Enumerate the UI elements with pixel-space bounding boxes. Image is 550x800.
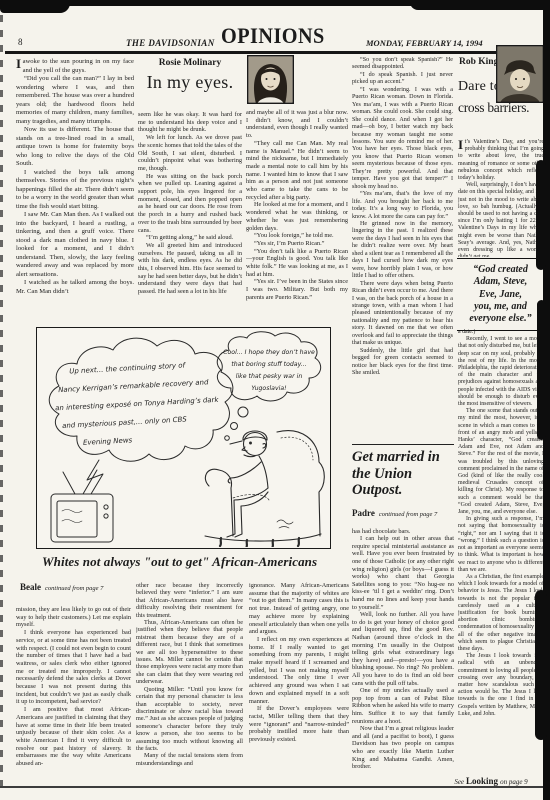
barriers-column-bottom: a date.)Recently, I went to see a movie … [458,329,544,769]
scan-blob [537,300,546,440]
continued-note: continued from page 7 [45,585,103,592]
pull-quote: “God createdAdam, Steve,Eve, Jane,you, m… [457,258,544,331]
paragraph: Thus, African-Americans can often be jus… [136,619,243,686]
paragraph: He grinned now in the memory, lingering … [352,221,453,281]
paragraph: He was sitting on the back porch when we… [138,173,242,235]
paragraph: mission, they are less likely to go out … [16,606,131,629]
beale-column-1: mission, they are less likely to go out … [16,606,131,793]
issue-date: MONDAY, FEBRUARY 14, 1994 [366,38,483,48]
union-column: has had chocolate bars.I can help out in… [352,528,454,778]
eyes-byline: Rosie Molinary [136,58,244,68]
paragraph: If the Dover’s employees were racist, Mi… [249,705,349,744]
paragraph: “I was wondering. I was with a Puerto Ri… [352,87,453,191]
newspaper-name: THE DAVIDSONIAN [126,38,215,48]
scan-edge-left [0,0,3,786]
eyes-headline: In my eyes. [136,72,244,93]
thought-dot [225,436,230,441]
paragraph: a date.) [458,329,544,336]
paragraph: I am positive that most African-American… [16,706,131,768]
caption-line: Evening News [83,436,133,447]
barriers-headline-line1: Dare to [458,79,501,95]
eyes-article-header: Rosie Molinary In my eyes. [136,58,244,93]
union-top-rule [352,444,454,445]
paragraph: “They call me Can Man. My real name is M… [246,140,348,202]
paragraph: has had chocolate bars. [352,528,454,536]
paragraph: ignorance. Many African-Americans assume… [249,582,349,636]
thought-dot [231,423,238,430]
caption-line: an interesting exposé on Tonya Harding’s… [55,396,220,413]
tv-icon [51,470,113,542]
caption-line: Nancy Kerrigan’s remarkable recovery and [58,378,209,394]
paragraph: other race because they incorrectly beli… [136,582,243,619]
beale-headline: Whites not always "out to get" African-A… [42,554,317,570]
paragraph: “Yes sir. I’ve been in the States since … [246,278,348,301]
paragraph: “So you don’t speak Spanish?” He seemed … [352,57,453,72]
caption-line: and mysterious past,... only on CBS [62,415,188,430]
paragraph: and maybe all of it was just a blur now.… [246,109,348,140]
see-article-name: Looking [466,776,498,786]
barriers-byline: Rob King [459,57,498,67]
paragraph: I can help out in other areas that requi… [352,535,454,611]
caption-line: Yugoslavia! [251,385,286,392]
scan-blob [536,160,546,270]
paragraph: In giving such a response, I’m not sayin… [458,516,544,574]
paragraph: seem like he was okay. It was hard for m… [138,111,242,134]
barriers-column-top: It’s Valentine’s Day, and you’re probabl… [458,139,544,257]
rosie-molinary-photo [247,55,294,104]
masthead-rule [5,51,544,54]
paragraph: There were days when being Puerto Rican … [352,281,453,348]
paragraph: Suddenly, the little girl that had begge… [352,348,453,378]
paragraph: He looked at me for a moment, and I wond… [246,201,348,232]
paragraph: “I’m getting along,” he said aloud. [138,234,242,242]
viewer-figure [227,431,268,537]
paragraph: Quoting Miller: “Until you know for cert… [136,686,243,753]
beale-column-2: other race because they incorrectly beli… [136,582,243,793]
union-article: Get married in the Union Outpost. Padre … [352,444,454,794]
paragraph: Eve, Jane, [459,289,542,301]
union-continued-tag: Padre continued from page 7 [352,503,454,521]
armchair [205,431,324,547]
paragraph: Now its use is different. The house that… [16,126,134,169]
see-page: on page 9 [500,778,528,786]
eyes-column-4: “So you don’t speak Spanish?” He seemed … [352,57,453,446]
paragraph: Now that I’m a great religious leader an… [352,725,454,771]
see-word: See [454,778,464,786]
paragraph: Adam, Steve, [459,276,542,288]
scan-blob [410,0,550,10]
beale-continued-tag: Beale continued from page 7 [20,577,103,595]
paragraph: As a Christian, the first example which … [458,574,544,653]
rob-king-photo [496,45,544,103]
caption-line: Cool... I hope they don’t have [223,348,315,356]
editorial-cartoon: Up next... the continuing story of Nancy… [36,327,331,549]
paragraph: We left for lunch. As we drove past the … [138,134,242,173]
section-title: OPINIONS [221,23,325,49]
continued-note: continued from page 7 [379,511,437,518]
paragraph: “You don’t talk like a Puerto Rican—your… [246,248,348,279]
continued-article-name: Padre [352,508,375,518]
paragraph: I saw Mr. Can Man then. As I walked out … [16,211,134,279]
paragraph: I awoke to the sun pouring in on my face… [16,58,134,75]
paragraph: “Yes ma’am, that’s the love of my life. … [352,191,453,221]
paragraph: Recently, I went to see a movie that not… [458,336,544,408]
paragraph: I watched the boys talk among themselves… [16,169,134,212]
scan-blob [535,590,547,740]
beale-column-3: ignorance. Many African-Americans assume… [249,582,349,793]
paragraph: “Yes sir, I’m Puerto Rican.” [246,240,348,248]
paragraph: Well, look no further. All you have to d… [352,611,454,687]
paragraph: One of my uncles actually used a pop top… [352,687,454,725]
paragraph: “Did you call the can man?” I lay in bed… [16,75,134,126]
continued-on-footer: See Looking on page 9 [438,776,544,786]
paragraph: Well, surprisingly, I don’t have a date … [458,182,544,257]
paragraph: Many of the racial tensions stem from mi… [136,752,243,767]
eyes-column-1: I awoke to the sun pouring in on my face… [16,58,134,326]
page-number: 8 [18,37,23,47]
artist-signature [277,520,293,528]
caption-line: Up next... the continuing story of [69,361,187,375]
thought-dot [238,407,248,417]
speech-bubble-text: Up next... the continuing story of Nancy… [53,360,221,448]
eyes-column-2: seem like he was okay. It was hard for m… [138,111,242,327]
eyes-column-3: and maybe all of it was just a blur now.… [246,109,348,328]
paragraph: The Jesus I look towards is a radical wi… [458,653,544,718]
speech-bubble-tail [87,460,103,494]
paragraph: everyone else.” [459,313,542,325]
paragraph: “God created [459,264,542,276]
paragraph: The one scene that stands out in my mind… [458,408,544,516]
caption-line: that boring stuff today... [231,360,306,368]
paragraph: I think everyone has experienced bad ser… [16,629,131,706]
paragraph: We all greeted him and introduced oursel… [138,242,242,296]
paragraph: you, me, and [459,301,542,313]
caption-line: like that pesky war in [236,372,303,380]
scan-blob [0,0,70,13]
paragraph: “You look foreign,” he told me. [246,232,348,240]
paragraph: I reflect on my own experiences at home.… [249,636,349,705]
paragraph: I watched as he talked among the boys. M… [16,279,134,296]
union-headline: Get married in the Union Outpost. [352,449,454,499]
paragraph: “I do speak Spanish. I just never picked… [352,72,453,87]
newspaper-page: 8 THE DAVIDSONIAN OPINIONS MONDAY, FEBRU… [0,0,550,800]
continued-article-name: Beale [20,582,41,592]
paragraph: It’s Valentine’s Day, and you’re probabl… [458,139,544,182]
thought-bubble-text: Cool... I hope they don’t have that bori… [223,348,315,392]
